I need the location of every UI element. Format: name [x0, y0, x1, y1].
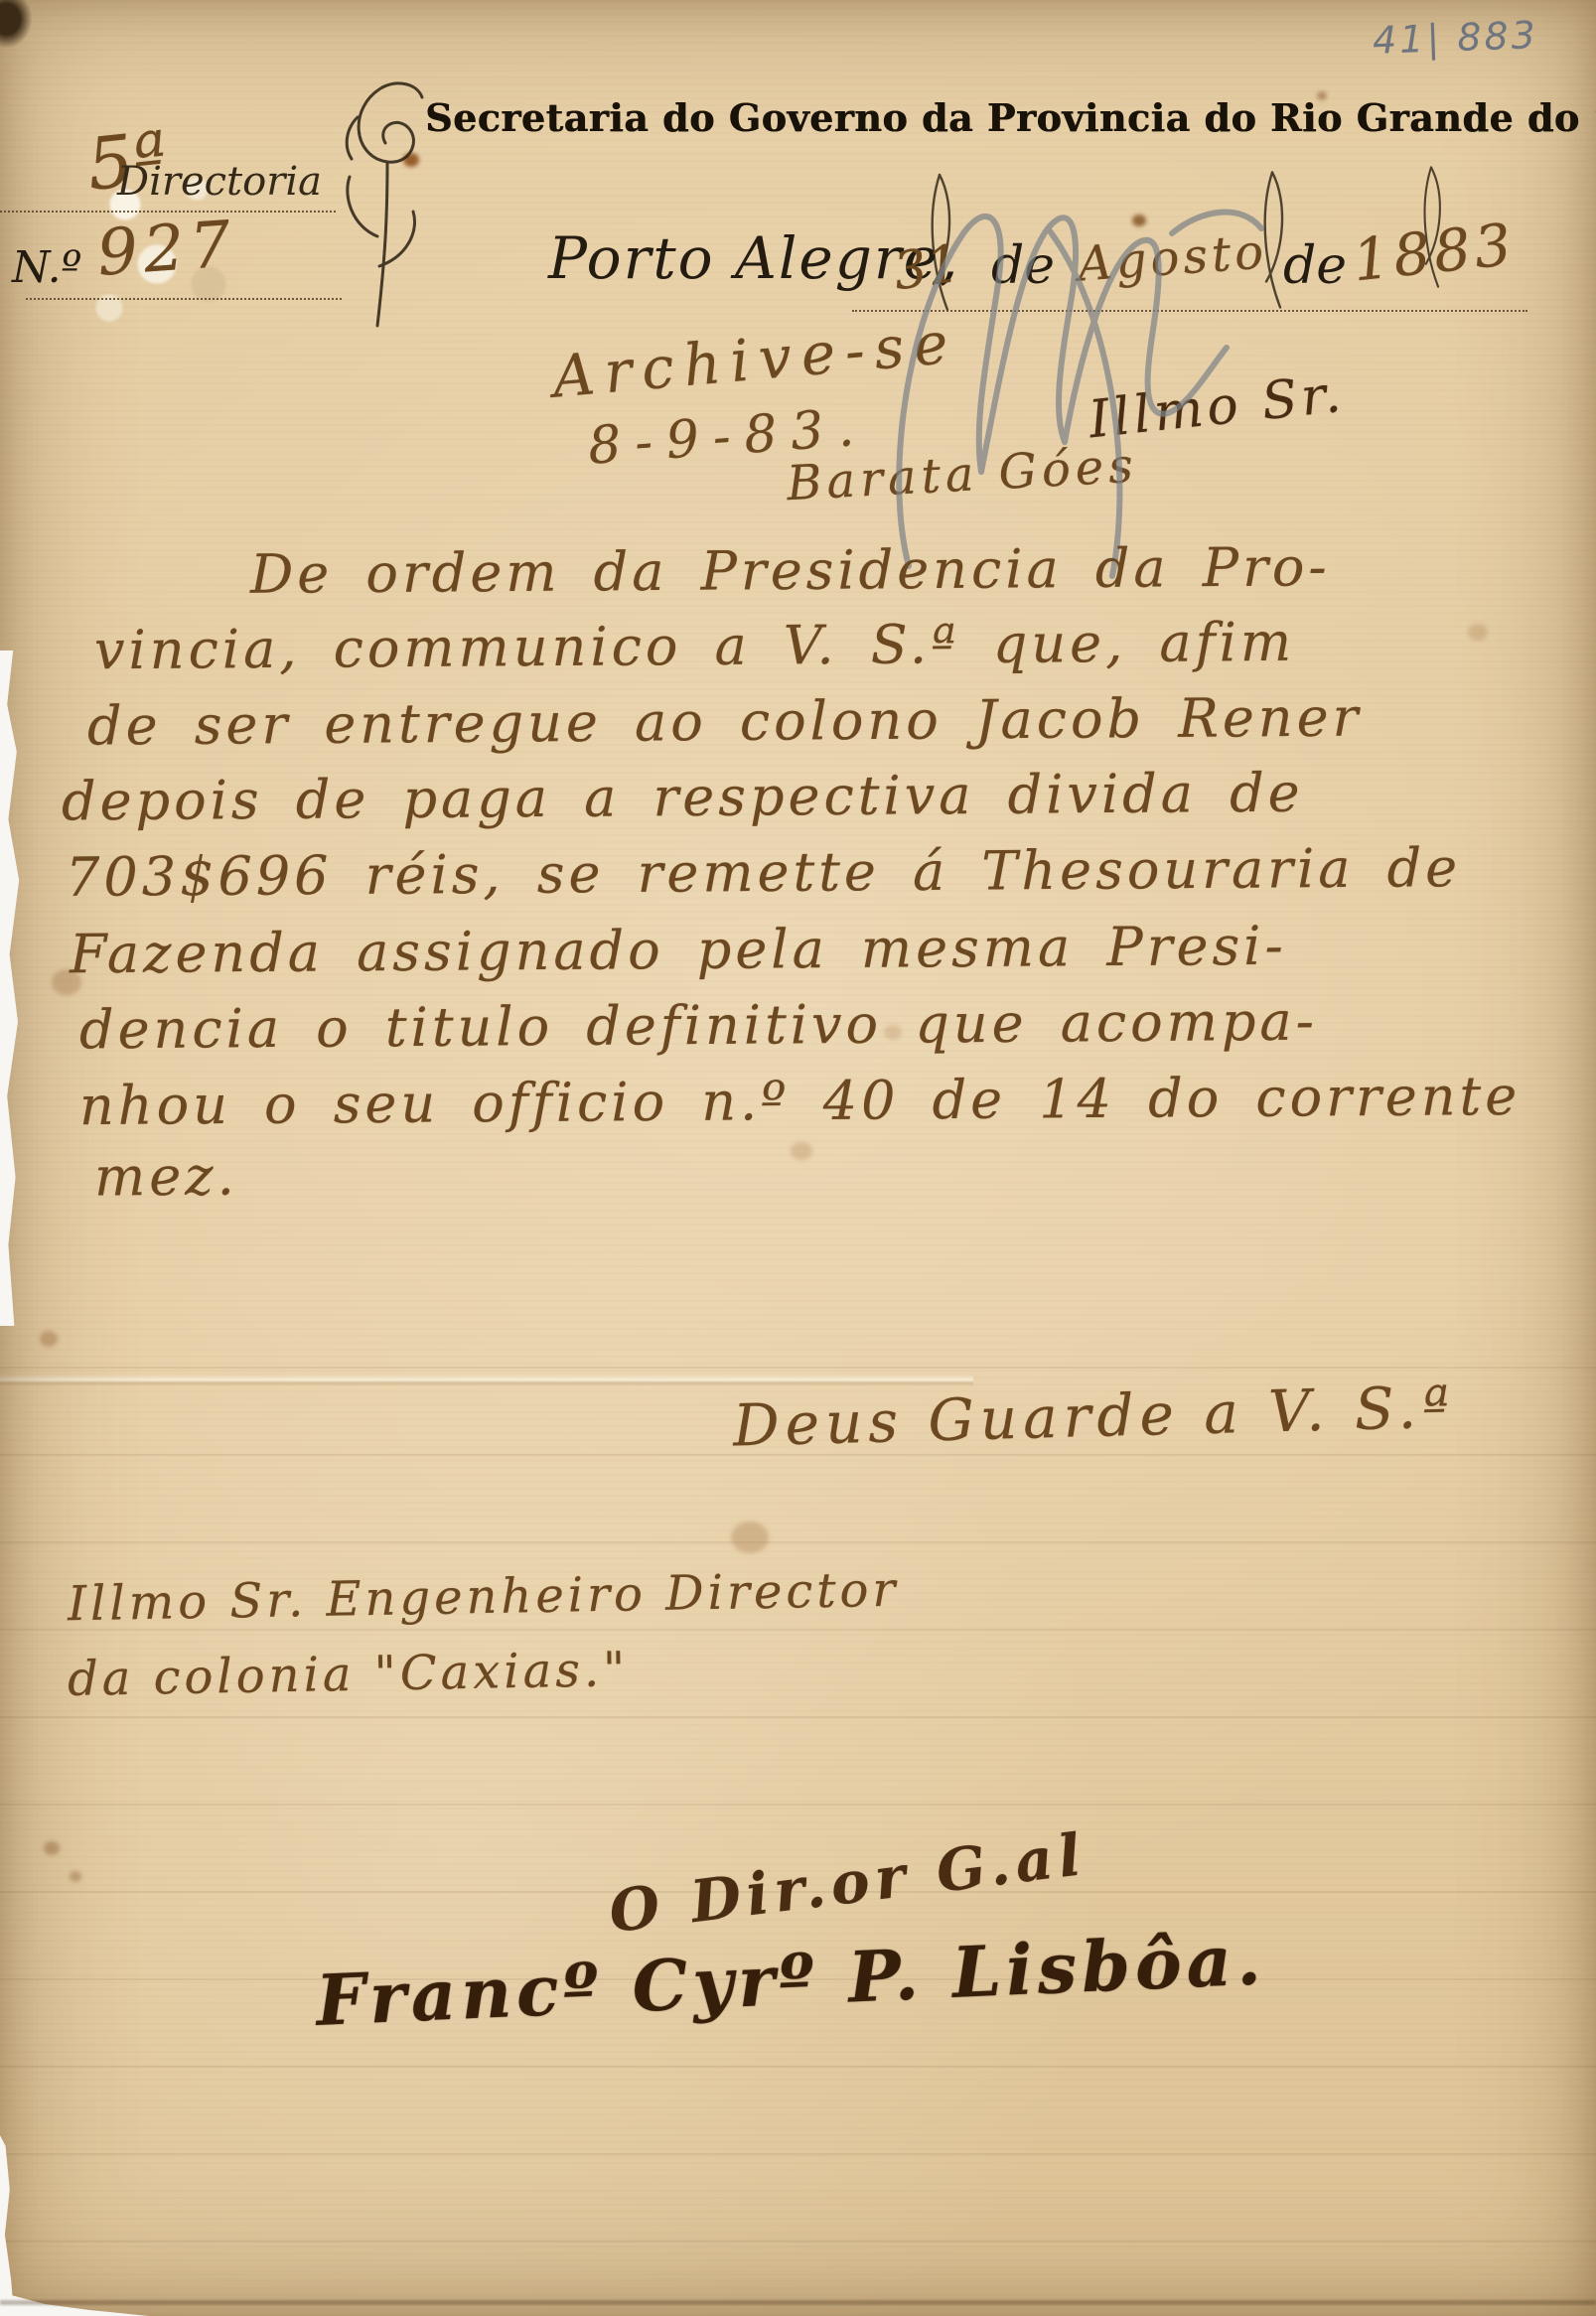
- letterhead-title: Secretaria do Governo da Provincia do Ri…: [425, 95, 1596, 140]
- margin-numero-value: 927: [95, 208, 239, 291]
- body-line: Fazenda assignado pela mesma Presi-: [70, 920, 1287, 982]
- body-line: nhou o seu officio n.º 40 de 14 do corre…: [79, 1070, 1522, 1133]
- body-line: 703$696 réis, se remette á Thesouraria d…: [66, 841, 1461, 905]
- stain-spot: [70, 1871, 81, 1882]
- body-line: De ordem da Presidencia da Pro-: [250, 540, 1331, 602]
- stain-spot: [40, 1331, 58, 1347]
- visto-pencil-mark: [814, 174, 1281, 591]
- numero-dotted-line: [26, 298, 342, 300]
- ink-speck-top-left: [0, 0, 32, 48]
- margin-directoria-label: Directoria: [117, 159, 322, 205]
- body-line: depois de paga a respectiva divida de: [62, 767, 1304, 829]
- margin-numero-label: N.º: [12, 242, 81, 293]
- body-line: dencia o titulo definitivo que acompa-: [79, 995, 1318, 1058]
- stain-spot: [1468, 624, 1488, 641]
- body-line: vincia, communico a V. S.ª que, afim: [94, 616, 1295, 677]
- stain-spot: [44, 1841, 60, 1855]
- paper-bottom-edge: [0, 2300, 1596, 2305]
- body-line: de ser entregue ao colono Jacob Rener: [87, 691, 1363, 754]
- stain-spot: [791, 1142, 812, 1160]
- scanned-letter: 41| 883 Secretaria do Governo da Provinc…: [0, 0, 1596, 2316]
- body-line: mez.: [94, 1149, 238, 1204]
- dateline-de-2: de: [1283, 236, 1347, 296]
- pencil-archive-number: 41| 883: [1372, 13, 1538, 63]
- addressee-line-2: da colonia "Caxias.": [68, 1642, 630, 1707]
- letterhead-flourish-icon: [328, 77, 437, 336]
- stain-spot: [731, 1521, 769, 1553]
